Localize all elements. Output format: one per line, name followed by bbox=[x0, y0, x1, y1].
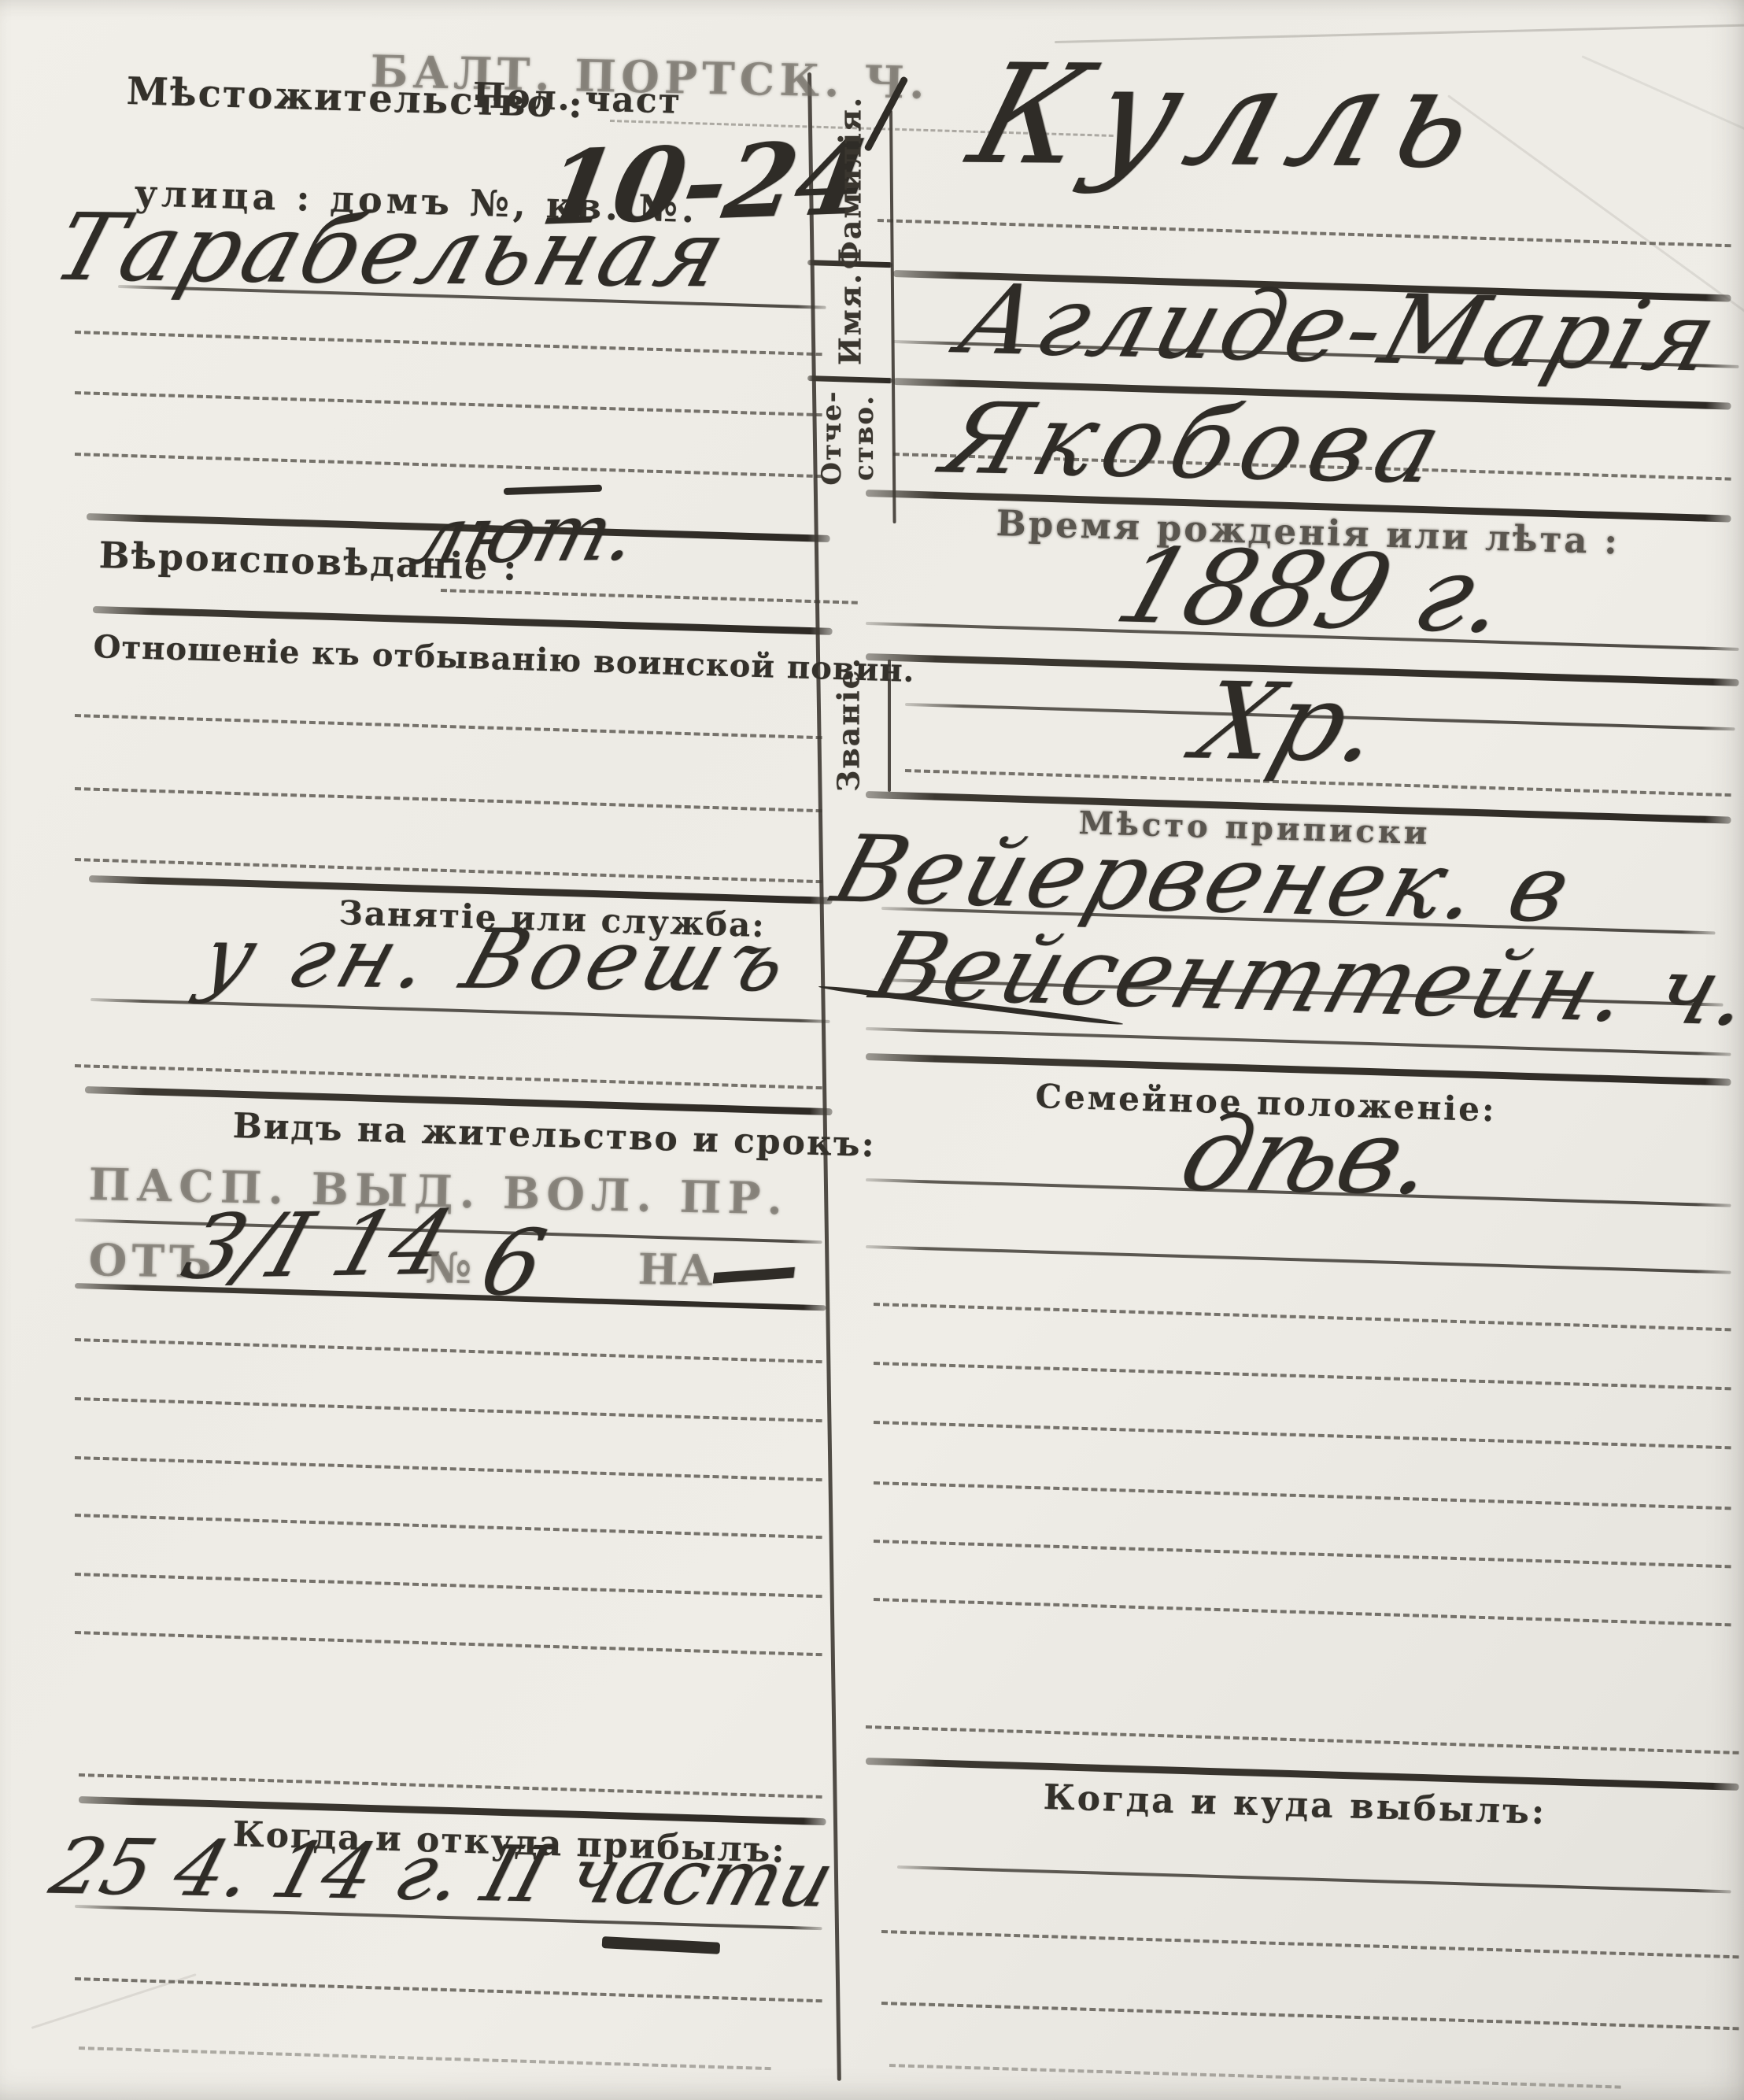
firstname-label: Имя. bbox=[833, 272, 868, 365]
ruled-line bbox=[874, 1362, 1731, 1390]
arrived-handwriting: 25 4. 14 г. II части bbox=[41, 1822, 843, 1925]
ruled-line bbox=[75, 1977, 822, 2002]
label-cell-separator bbox=[807, 375, 892, 383]
police-part-label: Пол. част bbox=[472, 76, 682, 122]
ruled-line bbox=[441, 589, 858, 604]
family-status-handwriting: дѣв. bbox=[1168, 1094, 1451, 1218]
ruled-line bbox=[75, 1573, 822, 1598]
birth-year-handwriting: 1889 г. bbox=[1103, 526, 1524, 656]
ruled-line bbox=[866, 1725, 1739, 1754]
passport-na-stamp: НА bbox=[637, 1244, 713, 1296]
ruled-line bbox=[75, 391, 822, 416]
ruled-line bbox=[79, 1773, 822, 1799]
scanned-registration-card: { "paper": { "stamp_district": "БАЛТ. ПО… bbox=[0, 0, 1744, 2100]
ruled-line bbox=[75, 453, 822, 478]
ruled-line bbox=[878, 219, 1731, 247]
patronymic-label-line2: ство. bbox=[848, 394, 880, 481]
passport-date-handwriting: 3/I 14 bbox=[172, 1192, 464, 1300]
departed-label: Когда и куда выбылъ: bbox=[1043, 1777, 1547, 1832]
ruled-line bbox=[75, 787, 822, 812]
surname-handwriting: Кулль bbox=[955, 35, 1507, 199]
ruled-line bbox=[897, 1865, 1731, 1893]
ruled-line bbox=[75, 331, 822, 356]
paper-sheet: Мѣстожительство : БАЛТ. ПОРТСК. Ч. Пол. … bbox=[0, 0, 1744, 2100]
ruled-line bbox=[75, 1064, 822, 1089]
ruled-line bbox=[874, 1540, 1731, 1568]
label-cell-divider bbox=[889, 110, 896, 523]
ruled-line bbox=[75, 1631, 822, 1656]
ruled-line bbox=[866, 1245, 1731, 1274]
passport-term-dash: — bbox=[704, 1212, 802, 1325]
paper-crease bbox=[1581, 55, 1744, 153]
section-line bbox=[866, 1053, 1731, 1086]
ruled-line bbox=[79, 2046, 771, 2070]
patronymic-label-line1: Отче- bbox=[816, 390, 848, 485]
column-divider bbox=[807, 72, 841, 2081]
surname-label: Фамилія. bbox=[833, 96, 868, 269]
occupation-handwriting: у гн. Воешъ bbox=[190, 909, 806, 1010]
passport-number-sign: № bbox=[425, 1242, 472, 1293]
religion-handwriting: лют. bbox=[404, 486, 648, 582]
ruled-line bbox=[874, 1421, 1731, 1449]
ruled-line bbox=[874, 1481, 1731, 1510]
ruled-line bbox=[75, 1514, 822, 1539]
house-number-handwriting: 10-24 bbox=[534, 119, 877, 249]
ruled-line bbox=[889, 2064, 1621, 2089]
ruled-line bbox=[874, 1303, 1731, 1331]
pen-underline bbox=[602, 1936, 721, 1954]
patronymic-handwriting: Якобова bbox=[931, 382, 1462, 505]
section-line bbox=[85, 1086, 833, 1115]
ruled-line bbox=[75, 714, 822, 739]
ruled-line bbox=[881, 1930, 1739, 1958]
ruled-line bbox=[75, 1397, 822, 1422]
ruled-line bbox=[75, 1338, 822, 1363]
firstname-handwriting: Аглиде-Марія bbox=[947, 264, 1732, 393]
military-service-label: Отношеніе къ отбыванію воинской повин. bbox=[93, 628, 915, 690]
ruled-line bbox=[75, 1456, 822, 1481]
rank-handwriting: Хр. bbox=[1182, 660, 1397, 786]
registration-place-handwriting-2: Вейсенттейн. ч. bbox=[861, 911, 1744, 1047]
patronymic-label: Отче- ство. bbox=[816, 390, 881, 485]
ruled-line bbox=[874, 1598, 1731, 1626]
ruled-line bbox=[881, 2002, 1739, 2030]
residence-permit-label: Видъ на жительство и срокъ: bbox=[232, 1106, 877, 1165]
